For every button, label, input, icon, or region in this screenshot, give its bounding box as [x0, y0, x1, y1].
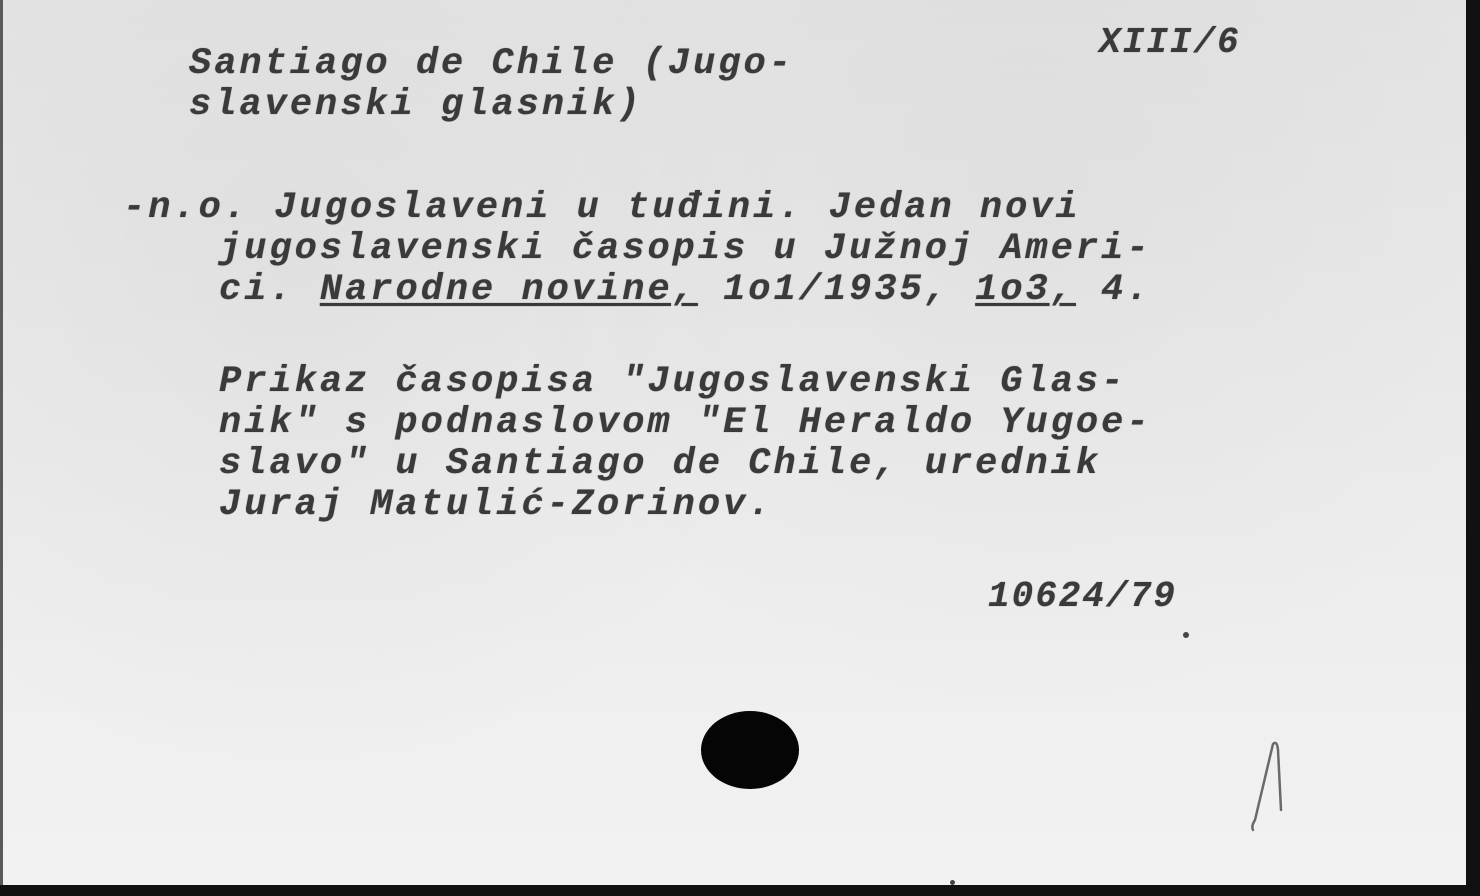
entry-prefix: ci. — [219, 269, 320, 311]
heading-line: Santiago de Chile (Jugo- — [189, 44, 794, 85]
source-title: Narodne novine, — [320, 269, 698, 311]
heading-line: slavenski glasnik) — [189, 85, 794, 126]
entry-line: -n.o. Jugoslaveni u tuđini. Jedan novi — [123, 188, 1152, 229]
accession-number: 10624/79 — [988, 576, 1177, 617]
annotation-line: Juraj Matulić-Zorinov. — [219, 485, 1152, 526]
pencil-mark-icon — [1243, 740, 1303, 840]
bibliographic-entry: -n.o. Jugoslaveni u tuđini. Jedan noviju… — [123, 188, 1152, 311]
catalog-card: Santiago de Chile (Jugo-slavenski glasni… — [0, 0, 1466, 885]
call-number: XIII/6 — [1099, 22, 1241, 63]
entry-line-source: ci. Narodne novine, 1o1/1935, 1o3, 4. — [123, 270, 1152, 311]
punch-hole — [701, 711, 799, 789]
scan-border-bottom — [0, 885, 1480, 896]
source-issue: 1o3, — [975, 269, 1076, 311]
annotation-line: nik" s podnaslovom "El Heraldo Yugoe- — [219, 403, 1152, 444]
source-volume-year: 1o1/1935, — [698, 269, 975, 311]
annotation-line: slavo" u Santiago de Chile, urednik — [219, 444, 1152, 485]
scan-border-right — [1466, 0, 1480, 896]
entry-line: jugoslavenski časopis u Južnoj Ameri- — [123, 229, 1152, 270]
speck — [1183, 632, 1189, 638]
card-heading: Santiago de Chile (Jugo-slavenski glasni… — [189, 44, 794, 126]
annotation-line: Prikaz časopisa "Jugoslavenski Glas- — [219, 362, 1152, 403]
source-page: 4. — [1076, 269, 1152, 311]
annotation: Prikaz časopisa "Jugoslavenski Glas-nik"… — [219, 362, 1152, 526]
